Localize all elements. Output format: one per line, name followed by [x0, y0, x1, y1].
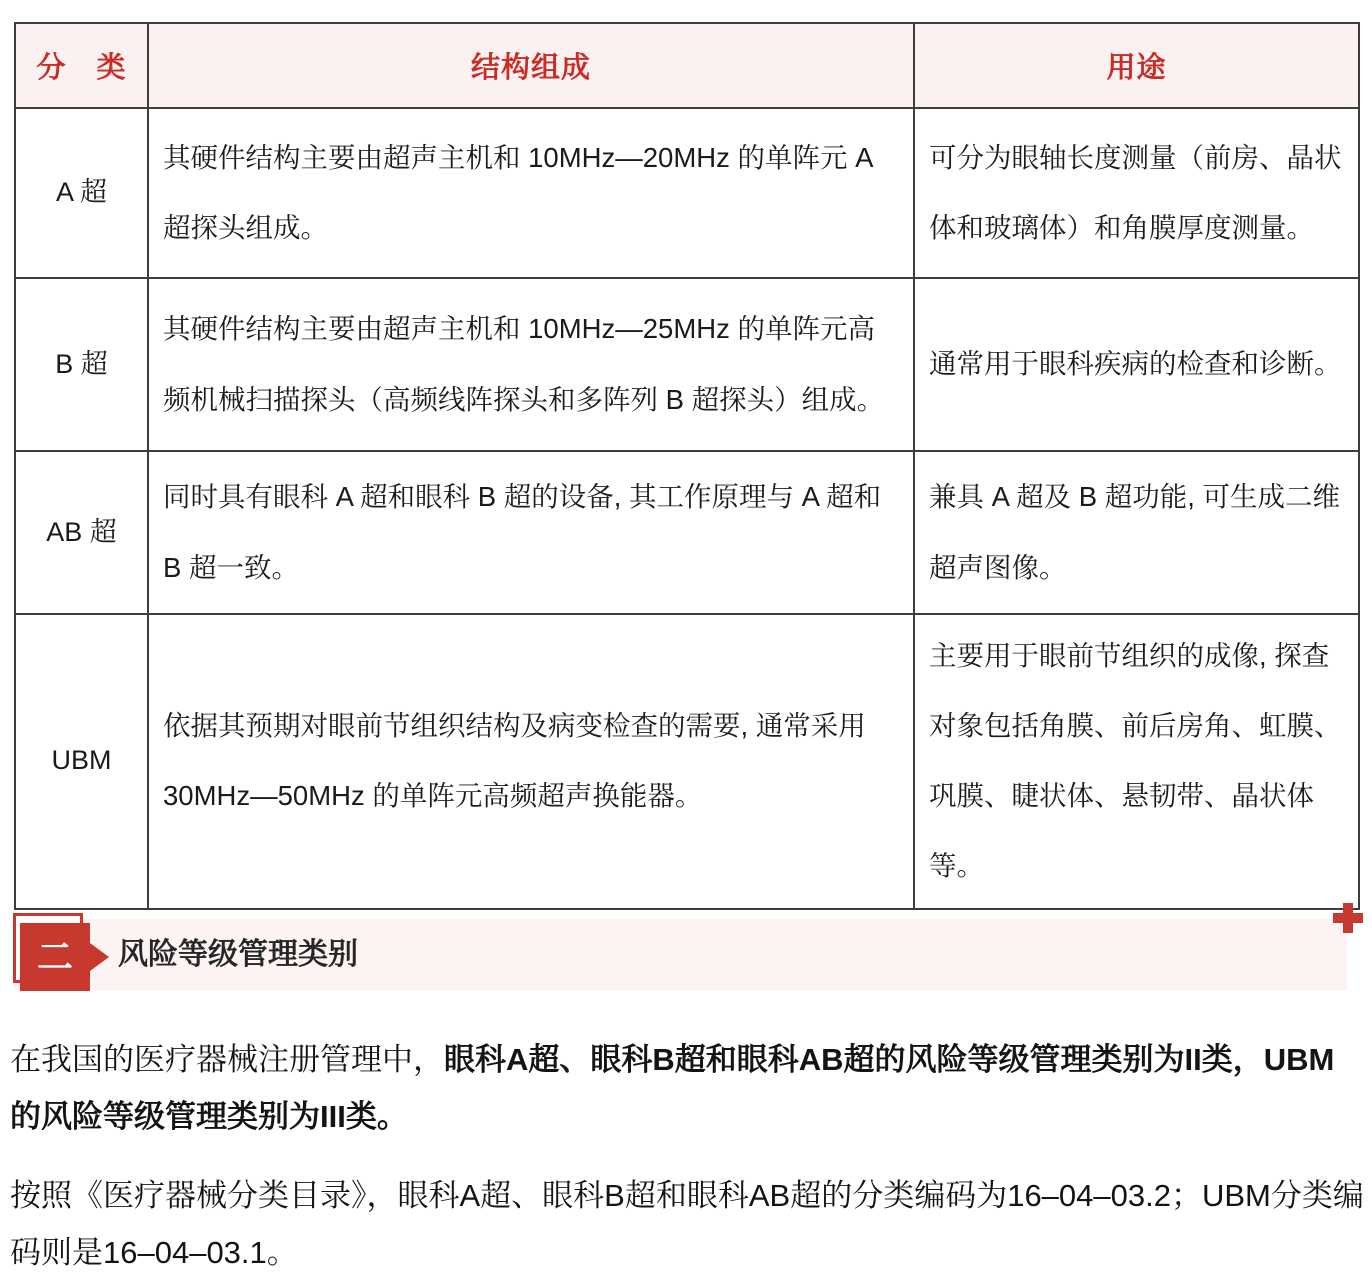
cell-usage: 主要用于眼前节组织的成像, 探查对象包括角膜、前后房角、虹膜、巩膜、睫状体、悬韧… — [914, 614, 1359, 909]
paragraph-text: 按照《医疗器械分类目录》，眼科A超、眼科B超和眼科AB超的分类编码为16–04–… — [10, 1178, 1364, 1270]
document-page: 分 类 结构组成 用途 A 超 其硬件结构主要由超声主机和 10MHz—20MH… — [0, 0, 1372, 1284]
classification-table: 分 类 结构组成 用途 A 超 其硬件结构主要由超声主机和 10MHz—20MH… — [14, 22, 1360, 910]
cell-structure: 其硬件结构主要由超声主机和 10MHz—25MHz 的单阵元高频机械扫描探头（高… — [148, 278, 914, 451]
table-row: A 超 其硬件结构主要由超声主机和 10MHz—20MHz 的单阵元 A 超探头… — [15, 108, 1359, 278]
col-header-category: 分 类 — [15, 23, 148, 108]
col-header-structure: 结构组成 — [148, 23, 914, 108]
section-title: 风险等级管理类别 — [118, 919, 358, 990]
paragraph-class-code: 按照《医疗器械分类目录》，眼科A超、眼科B超和眼科AB超的分类编码为16–04–… — [10, 1167, 1364, 1281]
table-row: B 超 其硬件结构主要由超声主机和 10MHz—25MHz 的单阵元高频机械扫描… — [15, 278, 1359, 451]
cell-structure: 依据其预期对眼前节组织结构及病变检查的需要, 通常采用 30MHz—50MHz … — [148, 614, 914, 909]
table-header-row: 分 类 结构组成 用途 — [15, 23, 1359, 108]
section-banner: 二 风险等级管理类别 — [14, 919, 1347, 990]
cell-usage: 通常用于眼科疾病的检查和诊断。 — [914, 278, 1359, 451]
cell-category: UBM — [15, 614, 148, 909]
cell-structure: 其硬件结构主要由超声主机和 10MHz—20MHz 的单阵元 A 超探头组成。 — [148, 108, 914, 278]
cell-structure: 同时具有眼科 A 超和眼科 B 超的设备, 其工作原理与 A 超和 B 超一致。 — [148, 451, 914, 614]
cell-usage: 可分为眼轴长度测量（前房、晶状体和玻璃体）和角膜厚度测量。 — [914, 108, 1359, 278]
cell-category: B 超 — [15, 278, 148, 451]
arrow-right-icon — [90, 943, 109, 971]
col-header-usage: 用途 — [914, 23, 1359, 108]
cell-category: AB 超 — [15, 451, 148, 614]
table-row: UBM 依据其预期对眼前节组织结构及病变检查的需要, 通常采用 30MHz—50… — [15, 614, 1359, 909]
body-text: 在我国的医疗器械注册管理中，眼科A超、眼科B超和眼科AB超的风险等级管理类别为I… — [10, 1031, 1364, 1281]
cell-category: A 超 — [15, 108, 148, 278]
paragraph-text: 在我国的医疗器械注册管理中， — [10, 1042, 444, 1077]
table-row: AB 超 同时具有眼科 A 超和眼科 B 超的设备, 其工作原理与 A 超和 B… — [15, 451, 1359, 614]
paragraph-risk-class: 在我国的医疗器械注册管理中，眼科A超、眼科B超和眼科AB超的风险等级管理类别为I… — [10, 1031, 1364, 1145]
plus-icon[interactable] — [1333, 903, 1363, 933]
section-number-badge: 二 — [20, 923, 90, 991]
cell-usage: 兼具 A 超及 B 超功能, 可生成二维超声图像。 — [914, 451, 1359, 614]
